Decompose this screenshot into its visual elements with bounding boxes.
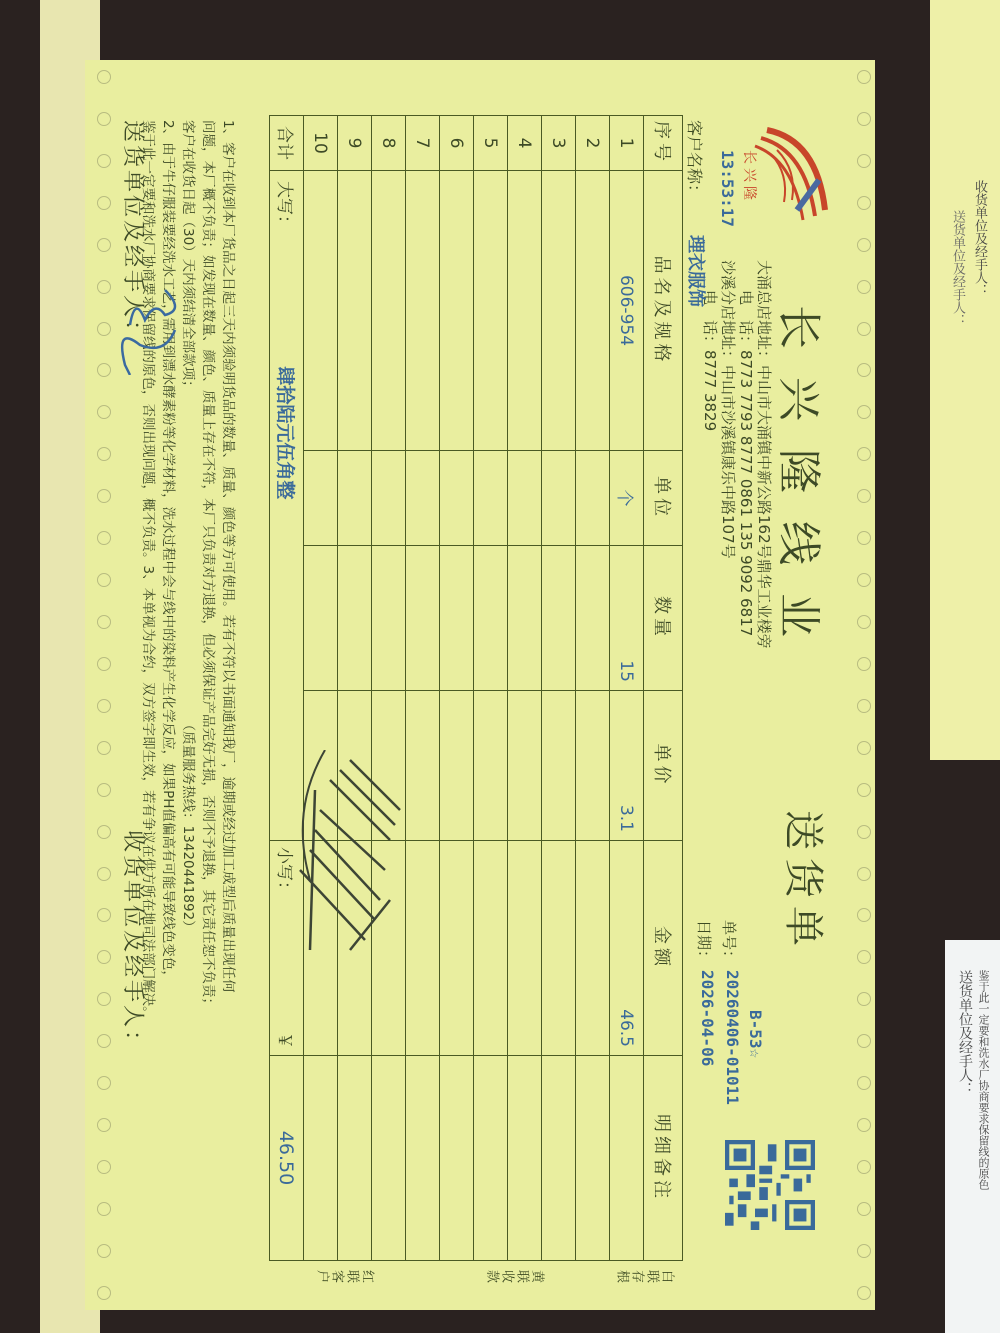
item-price: 3.1 xyxy=(610,691,644,841)
delivery-note: 长兴隆 13:53:17 长兴隆线业 送货单 大涌总店地址：中山市大涌镇中新公路… xyxy=(85,60,875,1310)
branch-phone: 电 话：8777 3829 xyxy=(700,290,721,431)
background-paper-right-bottom: 鉴于此一定要和洗水厂协商要求保留线的原色 送货单位及经手人： xyxy=(945,940,1000,1333)
main-store-address: 大涌总店地址：中山市大涌镇中新公路162号鼎华工业楼旁 xyxy=(754,260,775,649)
table-row: 5 xyxy=(474,116,508,1261)
table-row: 4 xyxy=(508,116,542,1261)
table-row: 10 xyxy=(304,116,338,1261)
main-store-phone: 电 话：8773 7793 8777 0861 135 9092 6817 xyxy=(736,290,757,636)
order-date: 2026-04-06 xyxy=(698,970,717,1066)
company-name: 长兴隆线业 xyxy=(771,305,835,665)
header-qty: 数量 xyxy=(644,546,683,691)
receiver-signoff-label: 收货单位及经手人： xyxy=(119,830,150,1055)
branch-address: 沙溪分店地址：中山市沙溪镇康乐中路107号 xyxy=(718,260,739,559)
uppercase-label: 大写： xyxy=(274,171,299,261)
logo-text: 长兴隆 xyxy=(740,150,760,204)
table-row: 2 xyxy=(576,116,610,1261)
document-type: 送货单 xyxy=(778,810,835,954)
items-table: 序号 品名及规格 单位 数量 单价 金额 明细备注 1606-954个153.1… xyxy=(269,115,683,1261)
handwritten-signature xyxy=(290,750,410,980)
order-prefix: B-53☆ xyxy=(746,1010,765,1058)
sender-handwritten-signature xyxy=(115,285,185,375)
print-time: 13:53:17 xyxy=(718,150,737,227)
perforation-holes-top xyxy=(849,60,871,1310)
total-label: 合计 xyxy=(270,116,304,171)
item-unit: 个 xyxy=(610,451,644,546)
copy-label-white: 白联存根 xyxy=(615,1265,675,1284)
currency-symbol: ￥ xyxy=(274,1032,299,1055)
header-amount: 金额 xyxy=(644,841,683,1056)
header-no: 序号 xyxy=(644,116,683,171)
delivery-note-rotated: 长兴隆 13:53:17 长兴隆线业 送货单 大涌总店地址：中山市大涌镇中新公路… xyxy=(75,60,875,1310)
customer-label: 客户名称： xyxy=(684,120,707,200)
table-row: 9 xyxy=(338,116,372,1261)
uppercase-amount: 肆拾陆元伍角整 xyxy=(274,266,296,499)
header-unit: 单位 xyxy=(644,451,683,546)
background-text: 收货单位及经手人： xyxy=(970,180,989,297)
background-text: 送货单位及经手人： xyxy=(948,210,967,327)
header-note: 明细备注 xyxy=(644,1056,683,1261)
order-no-label: 单号： xyxy=(719,920,740,965)
copy-label-yellow: 黄联收款 xyxy=(485,1265,545,1284)
table-header-row: 序号 品名及规格 单位 数量 单价 金额 明细备注 xyxy=(644,116,683,1261)
customer-name: 理衣服饰 xyxy=(684,235,710,307)
copy-label-red: 红联客户 xyxy=(315,1265,375,1284)
item-qty: 15 xyxy=(610,546,644,691)
table-row: 8 xyxy=(372,116,406,1261)
background-text: 送货单位及经手人： xyxy=(955,970,975,1096)
date-label: 日期： xyxy=(694,920,715,965)
item-name: 606-954 xyxy=(610,171,644,451)
background-paper-right-top: 收货单位及经手人： 送货单位及经手人： xyxy=(930,0,1000,760)
table-row: 7 xyxy=(406,116,440,1261)
header-price: 单价 xyxy=(644,691,683,841)
header-name: 品名及规格 xyxy=(644,171,683,451)
company-logo-icon xyxy=(747,120,837,230)
order-number: 20260406-01011 xyxy=(723,970,742,1105)
table-row: 1606-954个153.146.5 xyxy=(610,116,644,1261)
table-row: 6 xyxy=(440,116,474,1261)
total-row: 合计 大写： 肆拾陆元伍角整 小写： ￥ 46.50 xyxy=(270,116,304,1261)
perforation-holes-bottom xyxy=(89,60,111,1310)
table-row: 3 xyxy=(542,116,576,1261)
qr-code-icon xyxy=(725,1140,815,1230)
background-text: 鉴于此一定要和洗水厂协商要求保留线的原色 xyxy=(975,970,991,1190)
item-amount: 46.5 xyxy=(610,841,644,1056)
total-amount: 46.50 xyxy=(270,1056,304,1261)
